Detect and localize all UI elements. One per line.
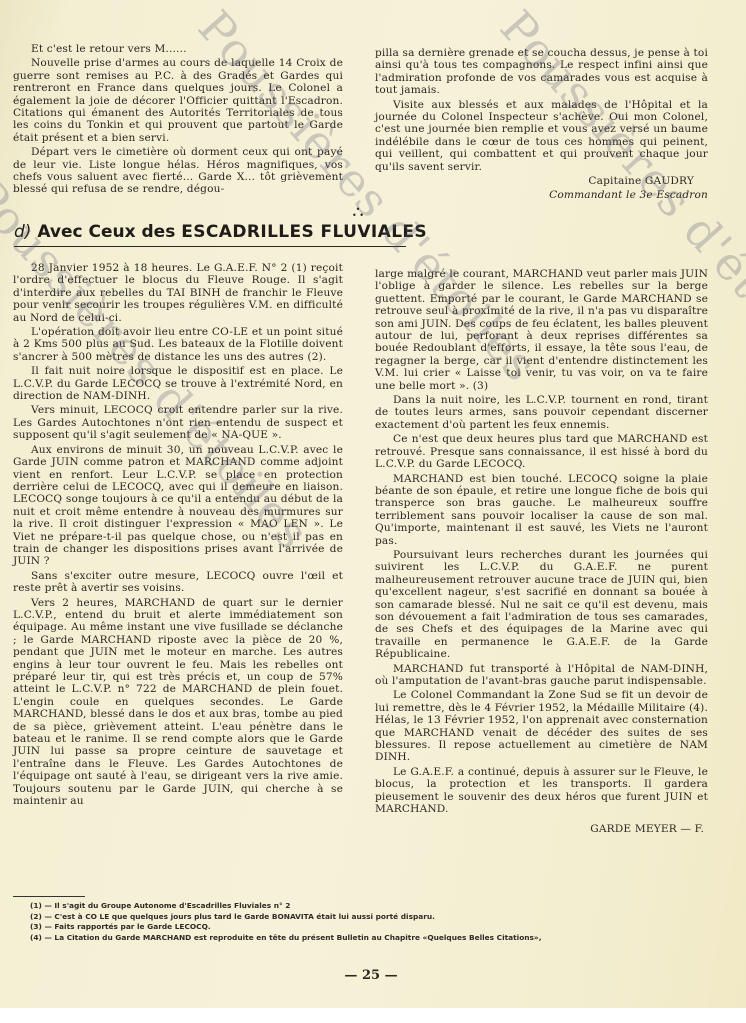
paragraph: Départ vers le cimetière où dorment ceux… <box>13 146 343 196</box>
paragraph: Il fait nuit noire lorsque le dispositif… <box>13 365 343 402</box>
paragraph: L'opération doit avoir lieu entre CO-LE … <box>13 326 343 363</box>
paragraph: Aux environs de minuit 30, un nouveau L.… <box>13 444 343 568</box>
paragraph: Ce n'est que deux heures plus tard que M… <box>375 433 708 470</box>
paragraph: Dans la nuit noire, les L.C.V.P. tournen… <box>375 394 708 431</box>
section-prefix: d) <box>14 222 31 242</box>
paragraph: Vers minuit, LECOCQ croit entendre parle… <box>13 404 343 441</box>
ornament-dots: •• • <box>352 207 364 219</box>
paragraph: MARCHAND fut transporté à l'Hôpital de N… <box>375 663 708 688</box>
article-signature: GARDE MEYER — F. <box>375 823 708 835</box>
footnotes: (1) — Il s'agit du Groupe Autonome d'Esc… <box>30 901 650 943</box>
paragraph: Poursuivant leurs recherches durant les … <box>375 549 708 661</box>
scanned-page: Et c'est le retour vers M...... Nouvelle… <box>0 0 746 1023</box>
article-left-column: 28 Janvier 1952 à 18 heures. Le G.A.E.F.… <box>13 262 343 809</box>
footnote-2: (2) — C'est à CO LE que quelques jours p… <box>30 912 650 923</box>
previous-article-right-column: pilla sa dernière grenade et se coucha d… <box>375 47 708 204</box>
paragraph: Visite aux blessés et aux malades de l'H… <box>375 99 708 173</box>
paragraph: Et c'est le retour vers M...... <box>13 43 343 55</box>
section-title-caps: ESCADRILLES FLUVIALES <box>181 222 427 242</box>
article-right-column: large malgré le courant, MARCHAND veut p… <box>375 268 708 838</box>
section-title-mixed: Avec Ceux des <box>37 222 175 242</box>
signature-name: Capitaine GAUDRY <box>375 175 708 187</box>
paragraph: Nouvelle prise d'armes au cours de laque… <box>13 57 343 144</box>
paragraph: Le Colonel Commandant la Zone Sud se fit… <box>375 689 708 763</box>
section-heading: d) Avec Ceux des ESCADRILLES FLUVIALES <box>14 222 406 247</box>
footnote-rule <box>13 896 85 897</box>
previous-article-left-column: Et c'est le retour vers M...... Nouvelle… <box>13 43 343 198</box>
footnote-3: (3) — Faits rapportés par le Garde LECOC… <box>30 922 650 933</box>
footnote-4: (4) — La Citation du Garde MARCHAND est … <box>30 933 650 944</box>
paragraph: 28 Janvier 1952 à 18 heures. Le G.A.E.F.… <box>13 262 343 324</box>
paragraph: large malgré le courant, MARCHAND veut p… <box>375 268 708 392</box>
paragraph: Sans s'exciter outre mesure, LECOCQ ouvr… <box>13 570 343 595</box>
page-number: — 25 — <box>336 968 406 983</box>
paragraph: MARCHAND est bien touché. LECOCQ soigne … <box>375 473 708 547</box>
paragraph: Vers 2 heures, MARCHAND de quart sur le … <box>13 597 343 808</box>
scan-bottom-edge <box>0 1008 746 1023</box>
signature-title: Commandant le 3e Escadron <box>375 189 708 201</box>
paragraph: pilla sa dernière grenade et se coucha d… <box>375 47 708 97</box>
footnote-1: (1) — Il s'agit du Groupe Autonome d'Esc… <box>30 901 650 912</box>
paragraph: Le G.A.E.F. a continué, depuis à assurer… <box>375 766 708 816</box>
